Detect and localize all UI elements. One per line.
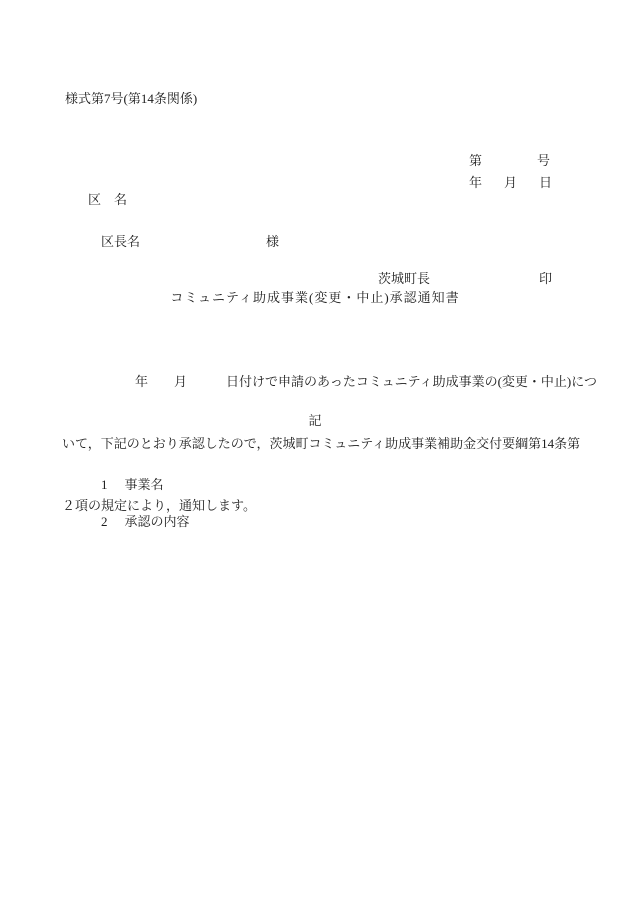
document-page: 様式第7号(第14条関係) 第号 年月日 区 名 区長名様 茨城町長印 コミュニ… [0,0,630,903]
district-head-label: 区長名 [101,234,140,249]
item-number: 2 [101,514,108,529]
date-year-label: 年 [469,175,482,190]
seal-mark: 印 [539,271,552,286]
district-name-label: 区 名 [88,190,127,210]
item-label: 承認の内容 [125,514,190,529]
document-title: コミュニティ助成事業(変更・中止)承認通知書 [0,288,630,308]
sender-title: 茨城町長 [378,271,430,286]
honorific-sama: 様 [266,234,279,249]
item-label: 事業名 [125,477,164,492]
list-item-2: 2承認の内容 [88,492,190,552]
body-line-2: いて，下記のとおり承認したので，茨城町コミュニティ助成事業補助金交付要綱第14条… [62,433,577,455]
date-day-label: 日 [539,175,552,190]
date-month-label: 月 [504,175,517,190]
item-number: 1 [101,477,108,492]
record-marker: 記 [0,411,630,431]
body-line-1: 年 月 日付けで申請のあったコミュニティ助成事業の(変更・中止)につ [62,371,577,393]
form-number: 様式第7号(第14条関係) [65,89,197,109]
date-line: 年月日 [456,153,552,213]
district-head-line: 区長名様 [88,212,279,272]
